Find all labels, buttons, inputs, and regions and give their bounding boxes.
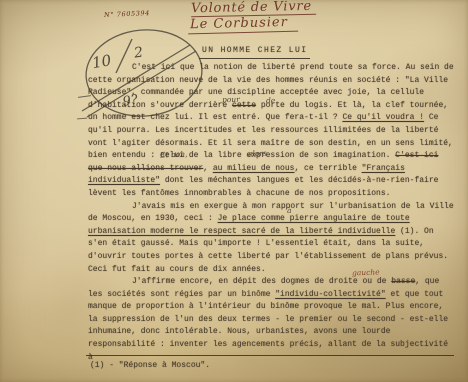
handwritten-correction: de [266, 96, 276, 105]
inventory-number-handwriting: N° 7605394 [104, 9, 150, 19]
handwritten-correction-gauche: gauche [352, 268, 380, 278]
paragraph-binome: J'affirme encore, en dépit des dogmes de… [88, 276, 456, 364]
handwritten-correction: alors [248, 149, 267, 159]
typed-text: , [203, 164, 213, 173]
handwritten-correction: Et non, [160, 150, 188, 160]
typed-text: J'affirme encore, en dépit des dogmes de… [132, 277, 391, 286]
pencil-number-denominator: 2 [132, 45, 144, 62]
typed-body: C'est ici que la notion de liberté prend… [88, 62, 456, 364]
typed-text: , ce terrible [294, 164, 361, 173]
typed-text: et que tout manque de proportion à l'int… [88, 290, 448, 362]
underlined-text: au milieu de nous [213, 164, 295, 173]
footnote-text: (1) - "Réponse à Moscou". [90, 361, 210, 370]
handwritten-correction: pour [222, 95, 240, 105]
typed-chapter-title: UN HOMME CHEZ LUI [199, 46, 310, 59]
underlined-text: Ce qu'il voudra ! [342, 113, 424, 122]
struck-text: basse [391, 277, 415, 286]
paragraph-liberte: C'est ici que la notion de liberté prend… [88, 62, 456, 201]
underlined-text: "individu-collectivité" [275, 290, 385, 299]
manuscript-page: N° 7605394 Volonté de Vivre Le Corbusier… [0, 0, 468, 382]
handwritten-correction: à [287, 206, 292, 215]
paragraph-moscou: J'avais mis en exergue à mon rapport sur… [88, 201, 456, 277]
footnote-separator [86, 355, 454, 356]
